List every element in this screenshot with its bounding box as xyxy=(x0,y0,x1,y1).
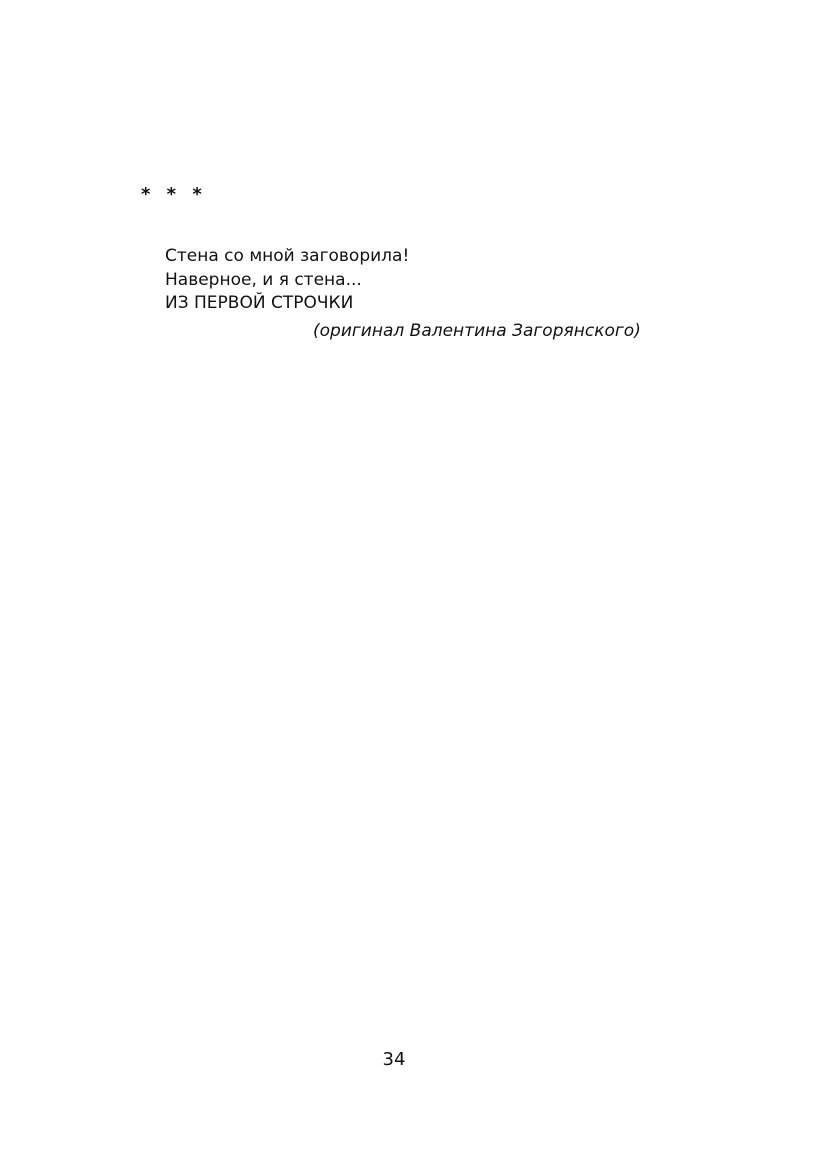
poem-line: Стена со мной заговорила! xyxy=(165,245,409,269)
poem-attribution: (оригинал Валентина Загорянского) xyxy=(313,320,641,343)
poem-line: Наверное, и я стена... xyxy=(165,269,409,293)
page-number: 34 xyxy=(0,1049,788,1071)
poem-block: Стена со мной заговорила! Наверное, и я … xyxy=(165,245,409,316)
poem-line: ИЗ ПЕРВОЙ СТРОЧКИ xyxy=(165,292,409,316)
section-separator: * * * xyxy=(141,184,207,206)
